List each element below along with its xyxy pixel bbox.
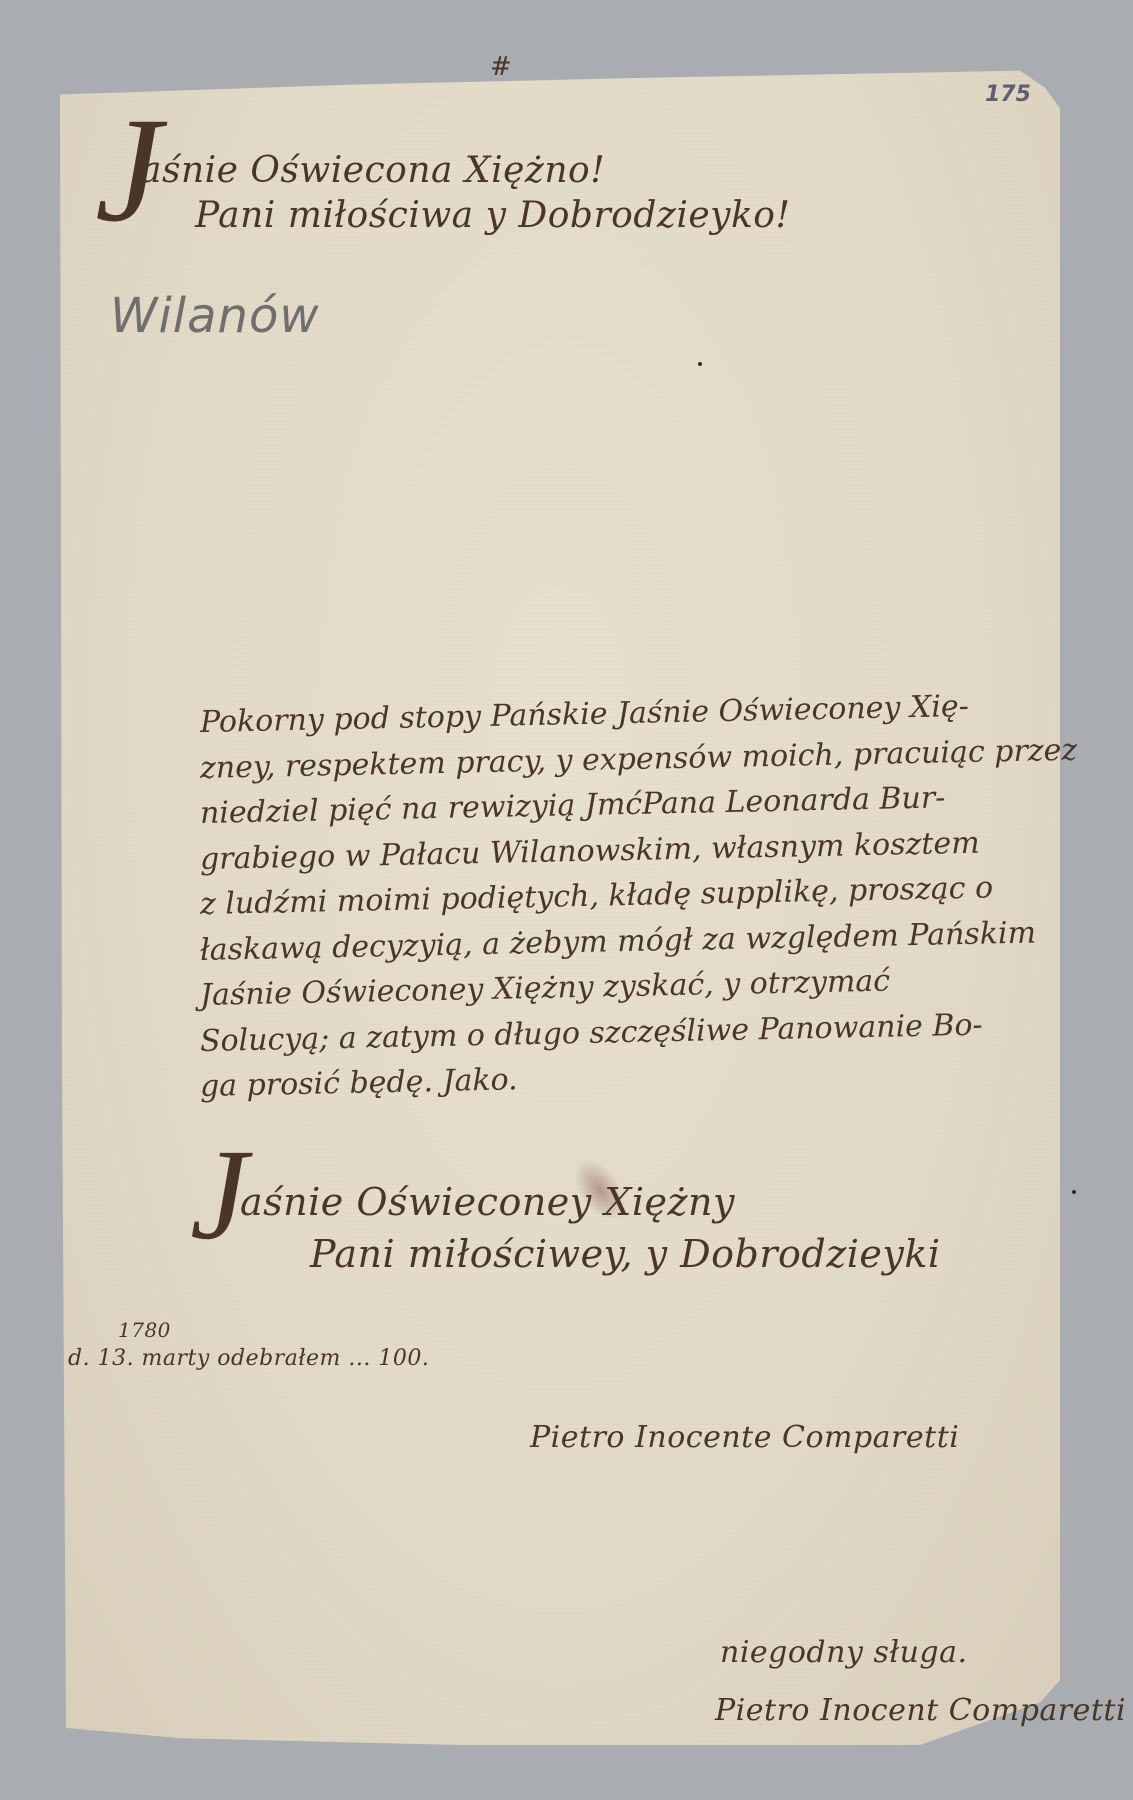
folio-number: 175 [985, 82, 1031, 107]
signature-primary: Pietro Inocente Comparetti [530, 1420, 959, 1455]
note-year: 1780 [118, 1318, 171, 1342]
letter-body: Pokorny pod stopy Pańskie Jaśnie Oświeco… [200, 700, 1080, 1110]
receipt-note: d. 13. marty odebrałem ... 100. [68, 1346, 429, 1371]
pencil-annotation: Wilanów [110, 288, 320, 344]
humble-servant-line: niegodny sługa. [720, 1635, 968, 1670]
closing-line-2: Pani miłościwey, y Dobrodzieyki [310, 1232, 941, 1276]
ink-dot [1072, 1190, 1076, 1194]
salutation-line-1: aśnie Oświecona Xiężno! [140, 150, 605, 191]
ink-dot [698, 362, 702, 366]
closing-line-1: aśnie Oświeconey Xiężny [240, 1180, 735, 1224]
hash-mark: # [490, 52, 512, 82]
salutation-line-2: Pani miłościwa y Dobrodzieyko! [195, 195, 790, 236]
signature-secondary: Pietro Inocent Comparetti [715, 1693, 1126, 1728]
